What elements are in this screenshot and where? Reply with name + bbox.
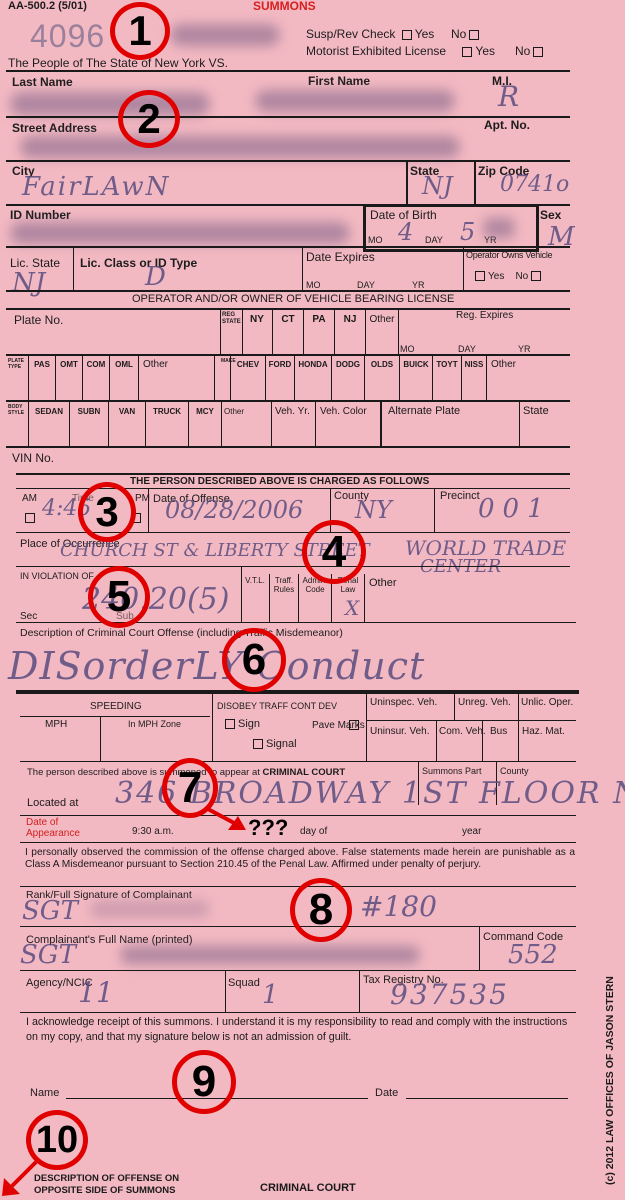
annotation-arrows [0, 0, 625, 1200]
arrow-10-icon [2, 1162, 36, 1196]
arrow-7-icon [206, 808, 246, 830]
